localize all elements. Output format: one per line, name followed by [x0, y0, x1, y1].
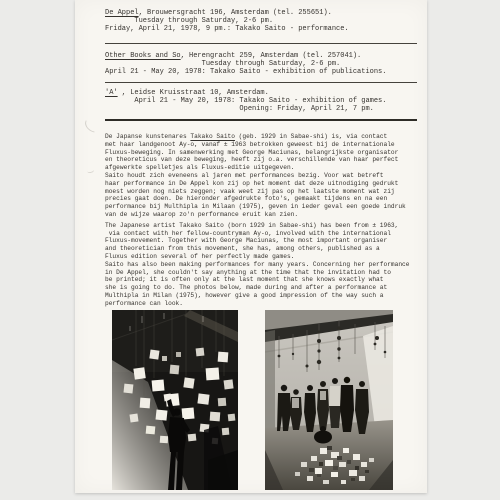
- paragraph-line: The Japanese artist Takako Saito (born 1…: [105, 222, 418, 230]
- paragraph-line: Saito has also been making performances …: [105, 261, 418, 269]
- paragraph-text: De Japanse kunstenares: [105, 133, 190, 140]
- venue-hours-line: Tuesday through Saturday, 2-6 pm.: [105, 17, 418, 25]
- paragraph-line: be printed; it is often only at the last…: [105, 276, 418, 284]
- document-content: De Appel, Brouwersgracht 196, Amsterdam …: [75, 0, 427, 490]
- document-page: De Appel, Brouwersgracht 196, Amsterdam …: [75, 0, 427, 493]
- venue-name: 'A': [105, 89, 118, 97]
- paragraph-line: haar performance in De Appel kon zij op …: [105, 180, 418, 188]
- venue-address: , Brouwersgracht 196, Amsterdam (tel. 25…: [139, 9, 332, 17]
- paragraph-line: Multhipla in Milan (1975), however give …: [105, 292, 418, 300]
- venue-address: , Herengracht 259, Amsterdam (tel. 25704…: [181, 52, 362, 60]
- english-paragraph-lines: The Japanese artist Takako Saito (born 1…: [105, 222, 418, 308]
- venue-title-line: Other Books and So, Herengracht 259, Ams…: [105, 52, 418, 60]
- paragraph-line: precies gaat doen. De hieronder afgedruk…: [105, 195, 418, 203]
- venue-block-a: 'A' , Leidse Kruisstraat 10, Amsterdam. …: [105, 89, 418, 113]
- paragraph-line: Saito houdt zich eveneens al jaren met p…: [105, 172, 418, 180]
- venue-name: Other Books and So: [105, 52, 181, 60]
- paragraph-line: met haar landgenoot Ay-o, vanaf ± 1963 b…: [105, 141, 418, 149]
- paragraph-text: (geb. 1929 in Sabae-shi) is, via contact: [235, 133, 387, 140]
- venue-block-de-appel: De Appel, Brouwersgracht 196, Amsterdam …: [105, 9, 418, 33]
- venue-event-line: Friday, April 21, 1978, 9 pm.: Takako Sa…: [105, 25, 418, 33]
- venue-title-line: 'A' , Leidse Kruisstraat 10, Amsterdam.: [105, 89, 418, 97]
- takako-saito-underlined: Takako Saito: [190, 133, 235, 140]
- venue-block-other-books-and-so: Other Books and So, Herengracht 259, Ams…: [105, 52, 418, 76]
- venue-name: De Appel: [105, 9, 139, 17]
- photos-row: [112, 310, 418, 490]
- dutch-paragraph: De Japanse kunstenares Takako Saito (geb…: [105, 133, 418, 219]
- paragraph-line: van de wijze waarop zo'n performance eru…: [105, 211, 418, 219]
- photo-exhibition-audience-scattered-cubes: [265, 310, 393, 490]
- photo-performance-suspended-cubes: [112, 310, 238, 490]
- paragraph-line: in De Appel, she couldn't say anything a…: [105, 269, 418, 277]
- venue-opening-line: Opening: Friday, April 21, 7 pm.: [105, 105, 418, 113]
- paragraph-line: performance bij Multhipla in Milaan (197…: [105, 203, 418, 211]
- venue-title-line: De Appel, Brouwersgracht 196, Amsterdam …: [105, 9, 418, 17]
- paragraph-line: moest worden nog niets zeggen; vaak weet…: [105, 188, 418, 196]
- paragraph-line: afgewerkte spelletjes als Fluxus-editie …: [105, 164, 418, 172]
- paragraph-line: Fluxus-beweging. In samenwerking met Geo…: [105, 149, 418, 157]
- venue-address: , Leidse Kruisstraat 10, Amsterdam.: [118, 89, 269, 97]
- paragraph-line: Fluxus edition several of her perfectly …: [105, 253, 418, 261]
- paragraph-line: and theoretician from this movement, she…: [105, 245, 418, 253]
- venue-hours-line: Tuesday through Saturday, 2-6 pm.: [105, 60, 418, 68]
- paragraph-line: she is going to do. The photos below, ma…: [105, 284, 418, 292]
- section-divider-rule: [105, 119, 417, 121]
- venue-event-line: April 21 - May 20, 1978: Takako Saito - …: [105, 68, 418, 76]
- paragraph-line: Fluxus-movement. Together with George Ma…: [105, 237, 418, 245]
- paragraph-line: De Japanse kunstenares Takako Saito (geb…: [105, 133, 418, 141]
- divider-rule: [105, 43, 417, 44]
- divider-rule: [105, 82, 417, 83]
- english-paragraph: The Japanese artist Takako Saito (born 1…: [105, 222, 418, 308]
- paragraph-line: performance can look.: [105, 300, 418, 308]
- venue-event-line: April 21 - May 20, 1978: Takako Saito - …: [105, 97, 418, 105]
- paragraph-line: via contact with her fellow-countryman A…: [105, 230, 418, 238]
- paragraph-line: en theoreticus van deze beweging, heeft …: [105, 156, 418, 164]
- dutch-paragraph-lines: met haar landgenoot Ay-o, vanaf ± 1963 b…: [105, 141, 418, 219]
